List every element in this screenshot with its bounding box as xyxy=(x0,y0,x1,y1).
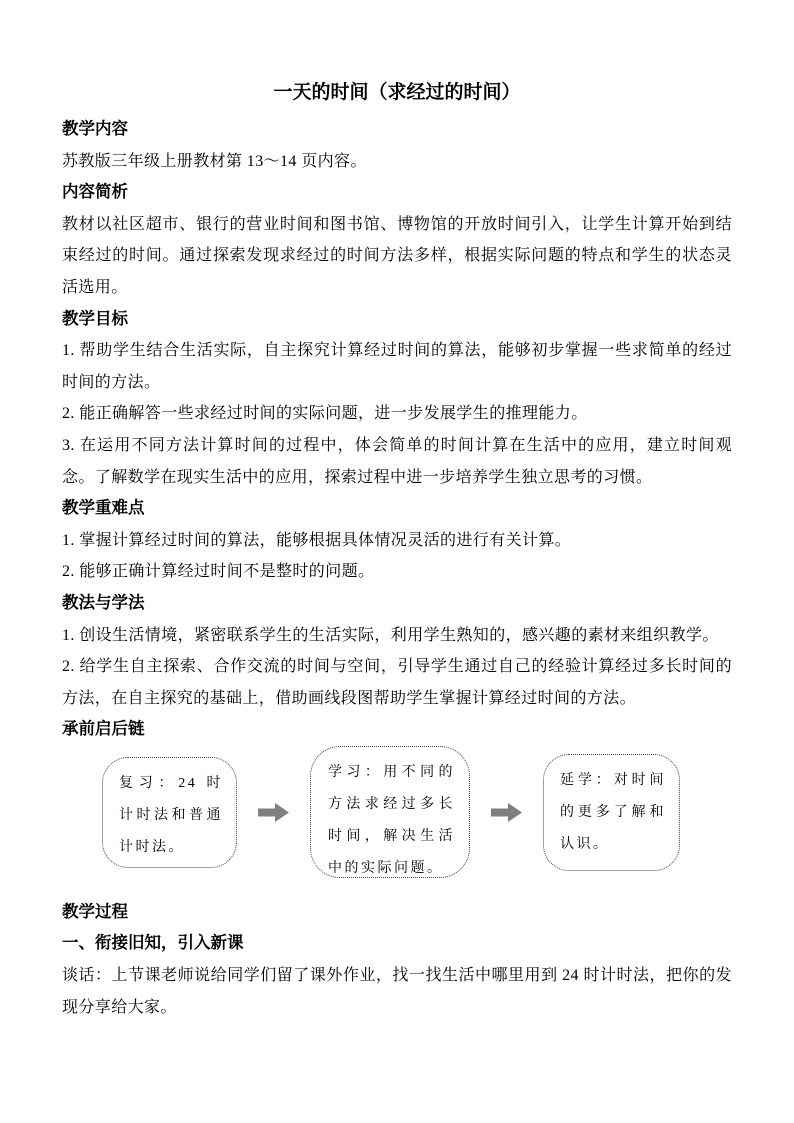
arrow-right-icon xyxy=(258,803,289,822)
subheading-intro-new-lesson: 一、衔接旧知，引入新课 xyxy=(62,928,732,960)
method-item-1: 1. 创设生活情境，紧密联系学生的生活实际，利用学生熟知的，感兴趣的素材来组织教… xyxy=(62,620,732,652)
flowchart-box-learn: 学习：用不同的方法求经过多长时间，解决生活中的实际问题。 xyxy=(310,746,470,878)
heading-teaching-content: 教学内容 xyxy=(62,114,732,146)
document-page: 一天的时间（求经过的时间） 教学内容 苏教版三年级上册教材第 13～14 页内容… xyxy=(0,0,794,1123)
flowchart-box-review-text: 复习：24 时计时法和普通计时法。 xyxy=(119,776,223,855)
heading-content-analysis: 内容简析 xyxy=(62,177,732,209)
key-point-item-1: 1. 掌握计算经过时间的算法，能够根据具体情况灵活的进行有关计算。 xyxy=(62,525,732,557)
flowchart-box-learn-text: 学习：用不同的方法求经过多长时间，解决生活中的实际问题。 xyxy=(328,765,455,876)
flowchart-box-review: 复习：24 时计时法和普通计时法。 xyxy=(102,757,237,868)
heading-teaching-goals: 教学目标 xyxy=(62,304,732,336)
heading-key-points: 教学重难点 xyxy=(62,493,732,525)
heading-process: 教学过程 xyxy=(62,897,732,929)
teaching-goal-item-2: 2. 能正确解答一些求经过时间的实际问题，进一步发展学生的推理能力。 xyxy=(62,398,732,430)
teaching-goal-item-1: 1. 帮助学生结合生活实际，自主探究计算经过时间的算法，能够初步掌握一些求简单的… xyxy=(62,335,732,398)
teaching-goal-item-3: 3. 在运用不同方法计算时间的过程中，体会简单的时间计算在生活中的应用，建立时间… xyxy=(62,430,732,493)
process-talk-text: 谈话：上节课老师说给同学们留了课外作业，找一找生活中哪里用到 24 时计时法，把… xyxy=(62,960,732,1023)
content-analysis-text: 教材以社区超市、银行的营业时间和图书馆、博物馆的开放时间引入，让学生计算开始到结… xyxy=(62,209,732,304)
link-chain-flowchart: 复习：24 时计时法和普通计时法。 学习：用不同的方法求经过多长时间，解决生活中… xyxy=(62,740,732,885)
heading-methods: 教法与学法 xyxy=(62,588,732,620)
method-item-2: 2. 给学生自主探索、合作交流的时间与空间，引导学生通过自己的经验计算经过多长时… xyxy=(62,651,732,714)
key-point-item-2: 2. 能够正确计算经过时间不是整时的问题。 xyxy=(62,556,732,588)
teaching-content-text: 苏教版三年级上册教材第 13～14 页内容。 xyxy=(62,146,732,178)
flowchart-box-extend-text: 延学：对时间的更多了解和认识。 xyxy=(560,773,666,852)
document-title: 一天的时间（求经过的时间） xyxy=(62,80,732,106)
arrow-right-icon xyxy=(491,803,522,822)
flowchart-box-extend: 延学：对时间的更多了解和认识。 xyxy=(543,754,680,871)
